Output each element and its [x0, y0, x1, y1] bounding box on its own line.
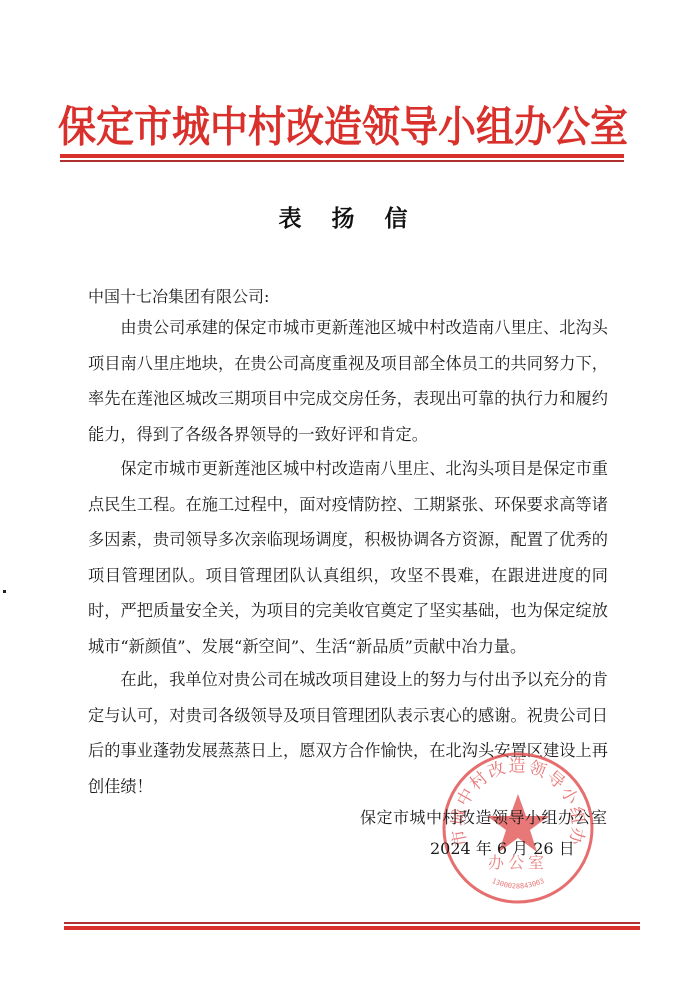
svg-text:1300028843003: 1300028843003 [491, 877, 546, 890]
body-paragraph-1: 由贵公司承建的保定市城市更新莲池区城中村改造南八里庄、北沟头项目南八里庄地块，在… [88, 310, 608, 452]
footer-rule-thin [64, 922, 640, 924]
margin-mark [3, 590, 6, 593]
salutation: 中国十七冶集团有限公司: [88, 284, 269, 307]
header-rule-thin [60, 160, 624, 162]
footer-rule-thick [64, 926, 640, 930]
letterhead-organization: 保定市城中村改造领导小组办公室 [0, 92, 686, 154]
official-seal-stamp: 保定市城中村改造领导小组办公室 办公室 1300028843003 [440, 750, 596, 906]
body-paragraph-2: 保定市城市更新莲池区城中村改造南八里庄、北沟头项目是保定市重点民生工程。在施工过… [88, 451, 608, 664]
seal-icon: 保定市城中村改造领导小组办公室 办公室 1300028843003 [440, 750, 596, 906]
paragraph-text: 保定市城市更新莲池区城中村改造南八里庄、北沟头项目是保定市重点民生工程。在施工过… [88, 451, 608, 664]
paragraph-text: 由贵公司承建的保定市城市更新莲池区城中村改造南八里庄、北沟头项目南八里庄地块，在… [88, 310, 608, 452]
signature-date: 2024 年 6 月 26 日 [430, 836, 575, 859]
header-rule-thick [60, 154, 624, 158]
signature-organization: 保定市城中村改造领导小组办公室 [360, 805, 608, 828]
document-title: 表扬信 [0, 200, 686, 233]
